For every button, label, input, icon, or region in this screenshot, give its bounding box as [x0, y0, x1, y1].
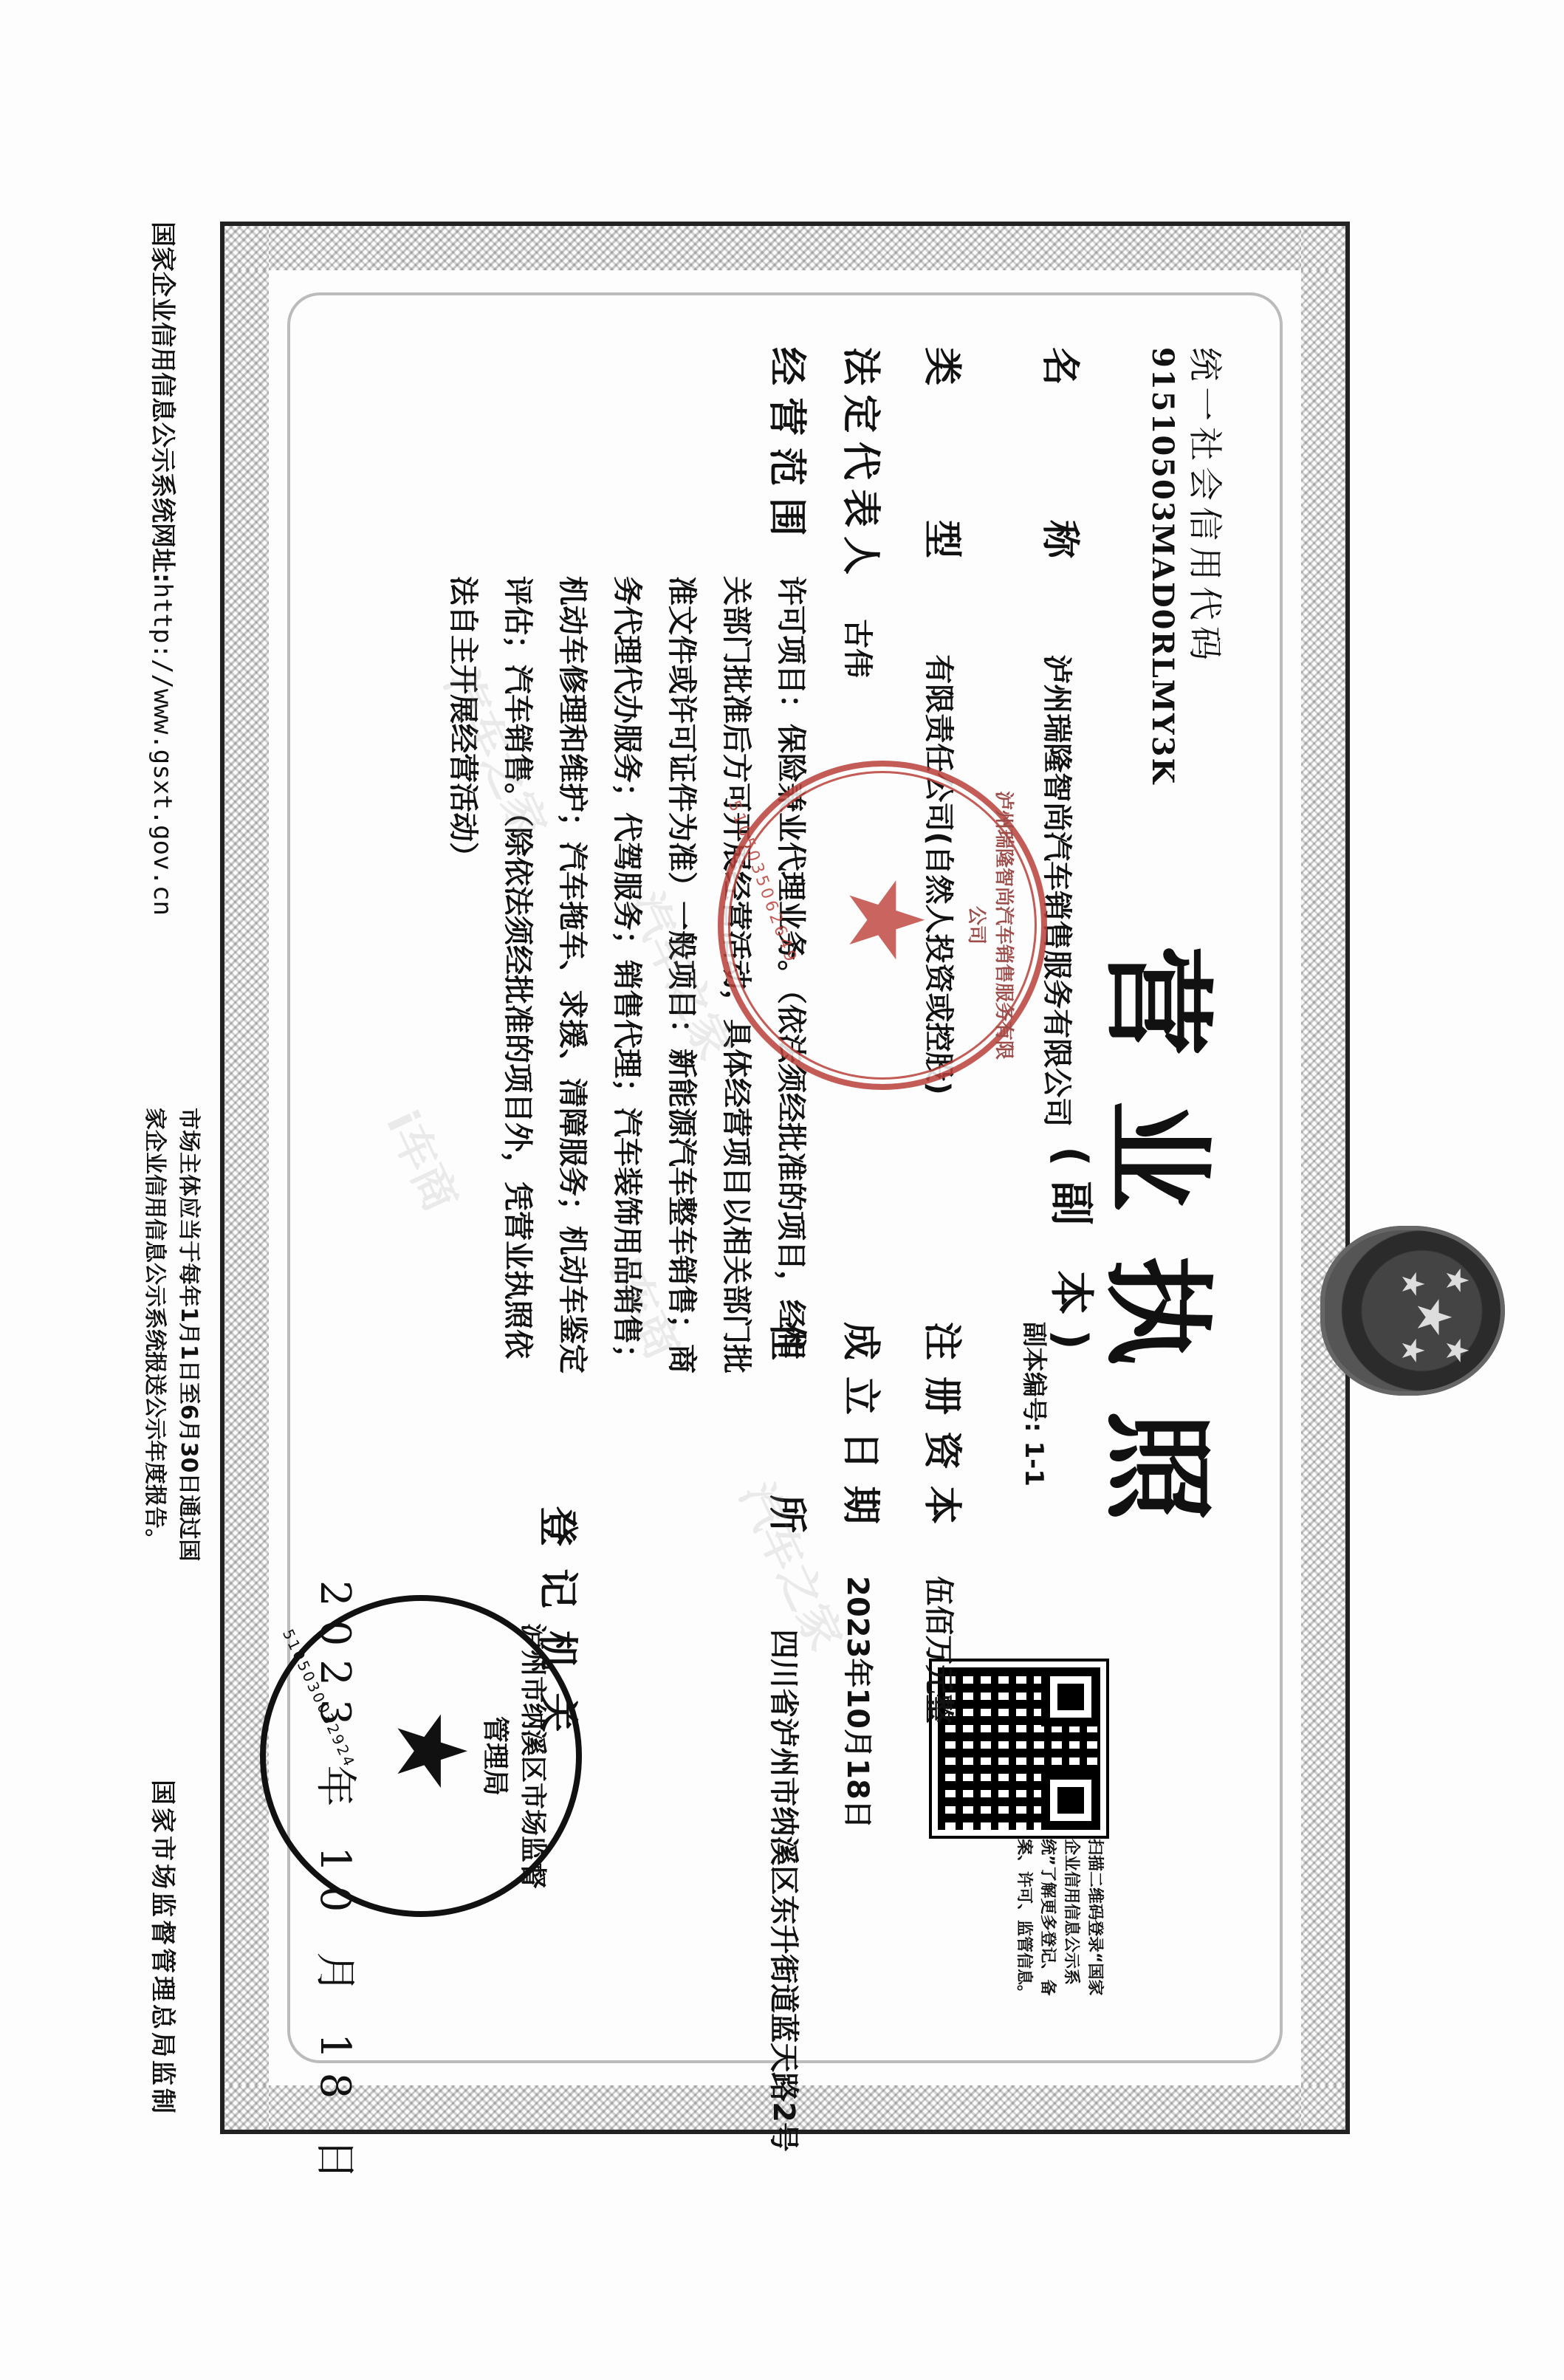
field-label: 类 型 [918, 347, 973, 619]
issue-date: 2023 年 10 月 18 日 [309, 1580, 368, 2193]
star-icon: ★ [825, 874, 945, 967]
copy-number: 副本编号: 1-1 [1018, 1322, 1054, 1486]
company-seal-number: 5105035062649 [724, 798, 801, 967]
star-icon: ★ [1439, 1266, 1475, 1294]
field-label: 成立日期 [837, 1322, 892, 1540]
field-label: 法定代表人 [837, 347, 892, 583]
national-emblem-icon: ★ ★ ★ ★ ★ [1320, 1226, 1505, 1396]
field-value: 四川省泸州市纳溪区东升街道蓝天路2号 [766, 1629, 800, 2152]
field-value: 伍佰万元整 [922, 1576, 956, 1724]
company-seal-text: 泸州瑞隆智尚汽车销售服务有限公司 [964, 789, 1019, 1062]
field-label: 名 称 [1036, 347, 1091, 619]
field-value: 2023年10月18日 [840, 1576, 874, 1829]
footer-note-line: 市场主体应当于每年1月1日至6月30日通过国 [171, 1108, 205, 1713]
footer-annual-report-note: 市场主体应当于每年1月1日至6月30日通过国 家企业信用信息公示系统报送公示年度… [137, 1108, 205, 1713]
field-registered-capital: 注册资本 伍佰万元整 [918, 1322, 973, 1724]
field-value: 泸州瑞隆智尚汽车销售服务有限公司 [1040, 654, 1074, 1127]
credit-code-label: 统一社会信用代码 [1183, 347, 1232, 666]
star-icon: ★ [1439, 1337, 1475, 1365]
qr-note: 扫描二维码登录“国家企业信用信息公示系统”了解更多登记、备案、许可、监管信息。 [1012, 1839, 1106, 2009]
footer-website-link[interactable]: http://www.gsxt.gov.cn [148, 583, 177, 916]
company-seal: 泸州瑞隆智尚汽车销售服务有限公司 ★ 5105035062649 [718, 761, 1047, 1090]
footer-website: 国家企业信用信息公示系统网址:http://www.gsxt.gov.cn [147, 222, 183, 916]
field-label: 注册资本 [918, 1322, 973, 1540]
copy-number-value: 1-1 [1019, 1441, 1049, 1486]
authority-seal-text: 泸州市纳溪区市场监督管理局 [479, 1623, 554, 1889]
field-established-date: 成立日期 2023年10月18日 [837, 1322, 892, 1829]
star-icon: ★ [1395, 1337, 1431, 1365]
field-legal-representative: 法定代表人 古伟 [837, 347, 892, 678]
credit-code-value: 91510503MAD0RLMY3K [1145, 347, 1180, 785]
field-address: 住 所 四川省泸州市纳溪区东升街道蓝天路2号 [763, 1322, 818, 2152]
star-icon: ★ [375, 1708, 487, 1794]
field-label: 住 所 [763, 1322, 818, 1594]
scope-label: 经营范围 [763, 347, 818, 548]
business-license-sheet: ★ ★ ★ ★ ★ 营业执照 (副 本) 副本编号: 1-1 统一社会信用代码 … [0, 0, 1564, 2380]
star-icon: ★ [1395, 1270, 1431, 1298]
field-value: 古伟 [840, 619, 874, 678]
license-title: 营业执照 [1087, 886, 1246, 1625]
copy-number-label: 副本编号: [1019, 1322, 1049, 1433]
footer-website-label: 国家企业信用信息公示系统网址: [148, 222, 177, 583]
field-name: 名 称 泸州瑞隆智尚汽车销售服务有限公司 [1036, 347, 1091, 1127]
footer-supervisor: 国家市场监督管理总局监制 [147, 1780, 183, 2116]
footer-note-line: 家企业信用信息公示系统报送公示年度报告。 [137, 1108, 171, 1713]
star-icon: ★ [1406, 1296, 1461, 1338]
